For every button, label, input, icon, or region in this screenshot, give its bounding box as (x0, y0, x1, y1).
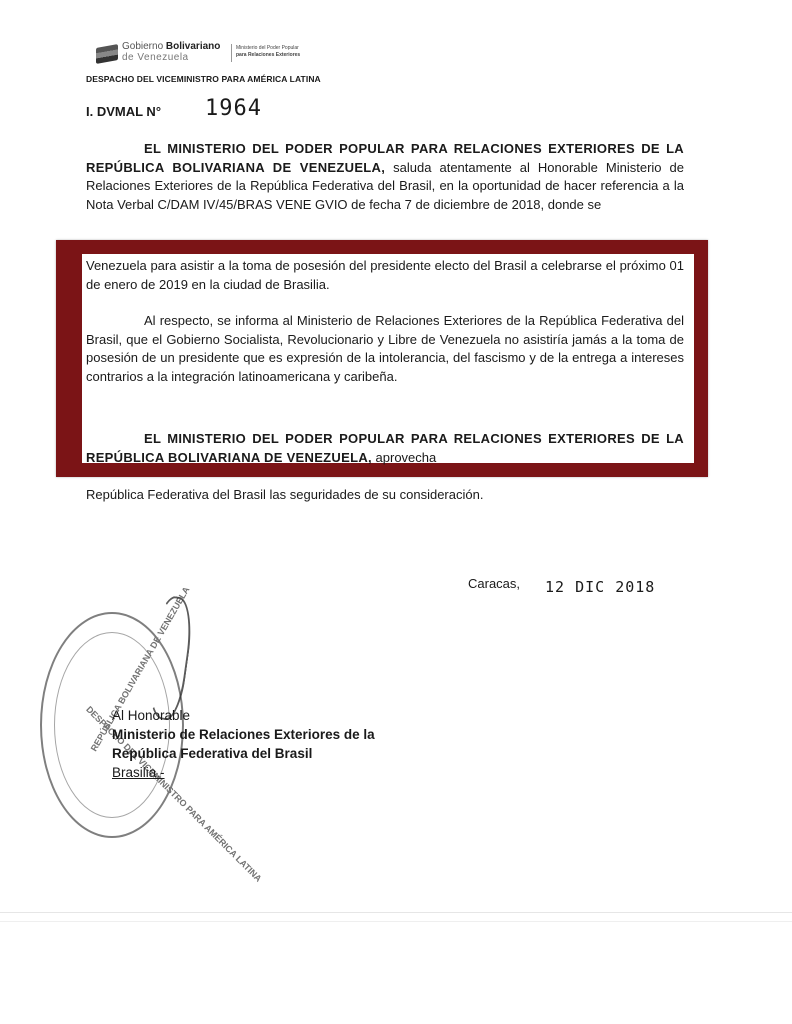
government-country: de Venezuela (122, 52, 189, 63)
place: Caracas, (468, 576, 520, 591)
addressee-line-2: Ministerio de Relaciones Exteriores de l… (112, 725, 375, 744)
addressee-line-3: República Federativa del Brasil (112, 744, 375, 763)
addressee-city: Brasilia.- (112, 763, 375, 782)
ministry-name: Ministerio del Poder Popularpara Relacio… (236, 45, 300, 59)
office-heading: DESPACHO DEL VICEMINISTRO PARA AMÉRICA L… (86, 74, 321, 84)
venezuela-flag-logo-icon (96, 44, 118, 64)
paragraph-closing: EL MINISTERIO DEL PODER POPULAR PARA REL… (86, 430, 684, 467)
page-fold-line (0, 912, 792, 913)
reference-number: 1964 (205, 96, 262, 121)
reference-label: I. DVMAL N° (86, 104, 161, 119)
paragraph-response: Al respecto, se informa al Ministerio de… (86, 312, 684, 386)
letterhead-divider (231, 44, 232, 62)
government-name: Gobierno Bolivariano (122, 42, 220, 52)
paragraph-greeting: EL MINISTERIO DEL PODER POPULAR PARA REL… (86, 140, 684, 214)
addressee-block: Al Honorable Ministerio de Relaciones Ex… (112, 706, 375, 782)
page-fold-line (0, 921, 792, 922)
date-stamp: 12 DIC 2018 (545, 578, 655, 596)
paragraph-invitation: Venezuela para asistir a la toma de pose… (86, 257, 684, 294)
paragraph-closing-end: República Federativa del Brasil las segu… (86, 486, 684, 505)
addressee-line-1: Al Honorable (112, 706, 375, 725)
